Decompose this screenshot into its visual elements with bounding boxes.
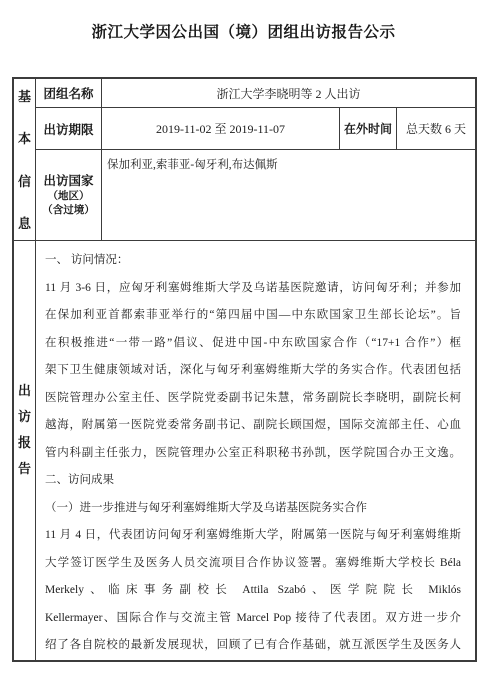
report-line: 在积极推进“一带一路”倡议、促进中国-中东欧国家合作（“17+1 合作”）框 (45, 330, 461, 358)
report-line: 越海，附属第一医院党委常务副书记、副院长顾国煜，国际交流部主任、心血 (45, 412, 461, 440)
section-label-char: 基 (18, 86, 31, 105)
countries-label: 出访国家 （地区） （含过境） (36, 150, 102, 241)
report-line: 医院管理办公室主任、医学院党委副书记朱慧，常务副院长李晓明，副院长柯 (45, 385, 461, 413)
countries-label-sub-transit: （含过境） (42, 203, 95, 218)
section-label-char: 出 (18, 378, 31, 404)
report-line: 11 月 4 日，代表团访问匈牙利塞姆维斯大学，附属第一医院与匈牙利塞姆维斯 (45, 522, 461, 550)
report-line: 绍了各自院校的最新发展现状，回顾了已有合作基础，就互派医学生及医务人 (45, 632, 461, 660)
period-label: 出访期限 (36, 108, 102, 150)
period-value: 2019-11-02 至 2019-11-07 (102, 108, 340, 150)
report-line: Merkely、临床事务副校长 Attila Szabó、医学院院长 Mikló… (45, 577, 461, 605)
report-form-table: 基本信息 团组名称 浙江大学李晓明等 2 人出访 出访期限 2019-11-02… (12, 77, 477, 662)
section-basic-info-label: 基本信息 (14, 79, 36, 241)
report-line: （一）进一步推进与匈牙利塞姆维斯大学及乌诺基医院务实合作 (45, 495, 461, 523)
report-line: 在保加利亚首都索菲亚举行的“第四届中国—中东欧国家卫生部长论坛”。旨 (45, 302, 461, 330)
countries-label-main: 出访国家 (43, 173, 93, 189)
total-days-value: 总天数 6 天 (397, 108, 475, 150)
report-line: 架下卫生健康领域对话，深化与匈牙利塞姆维斯大学的务实合作。代表团包括 (45, 357, 461, 385)
section-label-char: 访 (18, 404, 31, 430)
report-line: 一、 访问情况： (45, 247, 461, 275)
page-title: 浙江大学因公出国（境）团组出访报告公示 (0, 21, 487, 45)
section-label-char: 告 (18, 456, 31, 482)
countries-value: 保加利亚,索菲亚-匈牙利,布达佩斯 (102, 150, 475, 241)
section-label-char: 息 (18, 213, 31, 232)
report-body: 一、 访问情况：11 月 3-6 日，应匈牙利塞姆维斯大学及乌诺基医院邀请，访问… (36, 241, 475, 660)
report-line: 二、访问成果 (45, 467, 461, 495)
section-report-label: 出访报告 (14, 241, 36, 660)
section-label-char: 报 (18, 430, 31, 456)
section-label-char: 信 (18, 171, 31, 190)
group-name-label: 团组名称 (36, 79, 102, 108)
countries-label-sub-region: （地区） (48, 189, 90, 204)
report-line: 管内科副主任张力，医院管理办公室正科职秘书孙凯，医学院国合办王文逸。 (45, 440, 461, 468)
section-label-char: 本 (18, 128, 31, 147)
group-name-value: 浙江大学李晓明等 2 人出访 (102, 79, 475, 108)
report-line: Kellermayer、国际合作与交流主管 Marcel Pop 接待了代表团。… (45, 605, 461, 633)
report-line: 11 月 3-6 日，应匈牙利塞姆维斯大学及乌诺基医院邀请，访问匈牙利；并参加 (45, 275, 461, 303)
time-abroad-label: 在外时间 (340, 108, 397, 150)
report-line: 大学签订医学生及医务人员交流项目合作协议签署。塞姆维斯大学校长 Béla (45, 550, 461, 578)
